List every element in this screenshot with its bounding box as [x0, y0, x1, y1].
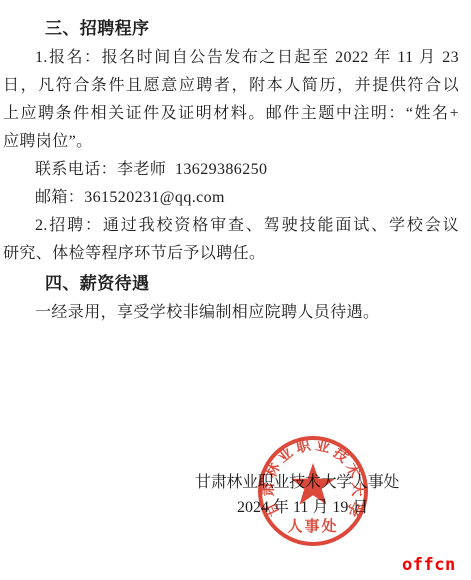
paragraph-line: 一经录用，享受学校非编制相应院聘人员待遇。 — [3, 299, 459, 327]
paragraph-line: 应聘岗位”。 — [3, 128, 459, 156]
seal-star-icon — [291, 463, 335, 505]
paragraph-line: 1.报名：报名时间自公告发布之日起至 2022 年 11 月 23 — [3, 44, 459, 72]
paragraph-line: 日，凡符合条件且愿意应聘者，附本人简历，并提供符合以 — [3, 72, 459, 100]
paragraph-line: 研究、体检等程序环节后予以聘任。 — [3, 240, 459, 268]
official-seal: 甘肃林业职业技术大学 人事处 — [256, 434, 370, 548]
document-body: 三、招聘程序 1.报名：报名时间自公告发布之日起至 2022 年 11 月 23… — [3, 13, 459, 327]
section-heading-salary: 四、薪资待遇 — [3, 268, 459, 299]
section-heading-recruit-procedure: 三、招聘程序 — [3, 13, 459, 44]
contact-phone-line: 联系电话：李老师 13629386250 — [3, 156, 459, 184]
document-page: 三、招聘程序 1.报名：报名时间自公告发布之日起至 2022 年 11 月 23… — [0, 0, 471, 580]
offcn-logo: offcn — [402, 555, 456, 575]
paragraph-line: 2.招聘：通过我校资格审查、驾驶技能面试、学校会议 — [3, 212, 459, 240]
paragraph-line: 上应聘条件相关证件及证明材料。邮件主题中注明：“姓名+ — [3, 100, 459, 128]
seal-bottom-text: 人事处 — [287, 518, 338, 535]
contact-email-line: 邮箱：361520231@qq.com — [3, 184, 459, 212]
